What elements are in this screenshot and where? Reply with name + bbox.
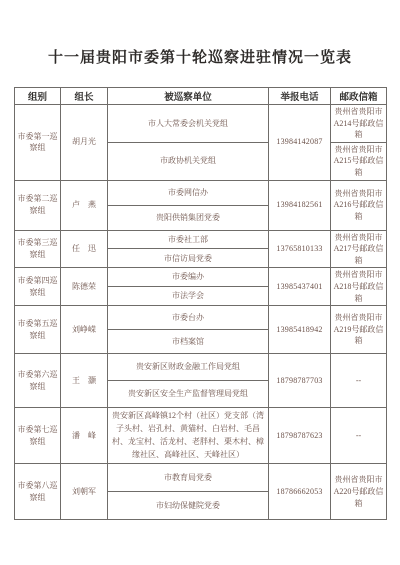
report-phone: 13984182561: [269, 180, 331, 230]
inspected-unit: 贵安新区财政金融工作局党组: [108, 354, 269, 381]
group-leader: 王 灏: [61, 354, 108, 408]
table-row: 市委第四巡察组 陈德荣 市委编办 13985437401 贵州省贵阳市A218号…: [15, 268, 387, 287]
table-row: 市委第八巡察组 刘朝军 市教育局党委 18786662053 贵州省贵阳市A22…: [15, 464, 387, 492]
table-row: 市委第三巡察组 任 迅 市委社工部 13765810133 贵州省贵阳市A217…: [15, 230, 387, 249]
table-header-row: 组别 组长 被巡察单位 举报电话 邮政信箱: [15, 88, 387, 105]
document-page: 十一届贵阳市委第十轮巡察进驻情况一览表 组别 组长 被巡察单位 举报电话 邮政信…: [0, 0, 400, 565]
inspected-unit: 市教育局党委: [108, 464, 269, 492]
group-name: 市委第四巡察组: [15, 268, 61, 306]
report-phone: 13985437401: [269, 268, 331, 306]
mailbox: 贵州省贵阳市A220号邮政信箱: [331, 464, 387, 520]
group-leader: 刘朝军: [61, 464, 108, 520]
group-name: 市委第二巡察组: [15, 180, 61, 230]
mailbox: 贵州省贵阳市A217号邮政信箱: [331, 230, 387, 268]
inspected-unit: 市政协机关党组: [108, 142, 269, 180]
group-leader: 刘峥嵘: [61, 306, 108, 354]
table-row: 市委第六巡察组 王 灏 贵安新区财政金融工作局党组 18798787703 --: [15, 354, 387, 381]
mailbox: 贵州省贵阳市A218号邮政信箱: [331, 268, 387, 306]
group-name: 市委第五巡察组: [15, 306, 61, 354]
table-row: 市委第七巡察组 潘 峰 贵安新区高峰镇12个村（社区）党支部（湾子头村、岩孔村、…: [15, 408, 387, 464]
inspected-unit: 贵安新区安全生产监督管理局党组: [108, 381, 269, 408]
inspected-unit: 贵安新区高峰镇12个村（社区）党支部（湾子头村、岩孔村、黄猫村、白岩村、毛昌村、…: [108, 408, 269, 464]
group-leader: 潘 峰: [61, 408, 108, 464]
col-header-units: 被巡察单位: [108, 88, 269, 105]
inspected-unit: 市妇幼保健院党委: [108, 492, 269, 520]
col-header-group: 组别: [15, 88, 61, 105]
mailbox: 贵州省贵阳市A216号邮政信箱: [331, 180, 387, 230]
inspected-unit: 市委台办: [108, 306, 269, 330]
group-name: 市委第六巡察组: [15, 354, 61, 408]
mailbox: --: [331, 408, 387, 464]
inspected-unit: 市委编办: [108, 268, 269, 287]
page-title: 十一届贵阳市委第十轮巡察进驻情况一览表: [0, 46, 400, 67]
mailbox: 贵州省贵阳市A219号邮政信箱: [331, 306, 387, 354]
group-name: 市委第三巡察组: [15, 230, 61, 268]
table-row: 市委第五巡察组 刘峥嵘 市委台办 13985418942 贵州省贵阳市A219号…: [15, 306, 387, 330]
inspected-unit: 市委社工部: [108, 230, 269, 249]
mailbox: 贵州省贵阳市A215号邮政信箱: [331, 142, 387, 180]
inspected-unit: 贵阳供销集团党委: [108, 205, 269, 230]
report-phone: 18798787623: [269, 408, 331, 464]
mailbox: 贵州省贵阳市A214号邮政信箱: [331, 105, 387, 143]
group-name: 市委第八巡察组: [15, 464, 61, 520]
inspected-unit: 市人大常委会机关党组: [108, 105, 269, 143]
group-leader: 陈德荣: [61, 268, 108, 306]
mailbox: --: [331, 354, 387, 408]
report-phone: 13984142087: [269, 105, 331, 181]
col-header-leader: 组长: [61, 88, 108, 105]
report-phone: 18798787703: [269, 354, 331, 408]
report-phone: 13765810133: [269, 230, 331, 268]
report-phone: 18786662053: [269, 464, 331, 520]
table-row: 市委第一巡察组 胡月光 市人大常委会机关党组 13984142087 贵州省贵阳…: [15, 105, 387, 143]
group-leader: 任 迅: [61, 230, 108, 268]
inspected-unit: 市信访局党委: [108, 249, 269, 268]
inspected-unit: 市档案馆: [108, 330, 269, 354]
inspected-unit: 市法学会: [108, 287, 269, 306]
col-header-phone: 举报电话: [269, 88, 331, 105]
group-name: 市委第一巡察组: [15, 105, 61, 181]
table-row: 市委第二巡察组 卢 燕 市委网信办 13984182561 贵州省贵阳市A216…: [15, 180, 387, 205]
inspection-table: 组别 组长 被巡察单位 举报电话 邮政信箱 市委第一巡察组 胡月光 市人大常委会…: [14, 87, 387, 520]
inspected-unit: 市委网信办: [108, 180, 269, 205]
group-leader: 卢 燕: [61, 180, 108, 230]
report-phone: 13985418942: [269, 306, 331, 354]
group-leader: 胡月光: [61, 105, 108, 181]
group-name: 市委第七巡察组: [15, 408, 61, 464]
col-header-mailbox: 邮政信箱: [331, 88, 387, 105]
